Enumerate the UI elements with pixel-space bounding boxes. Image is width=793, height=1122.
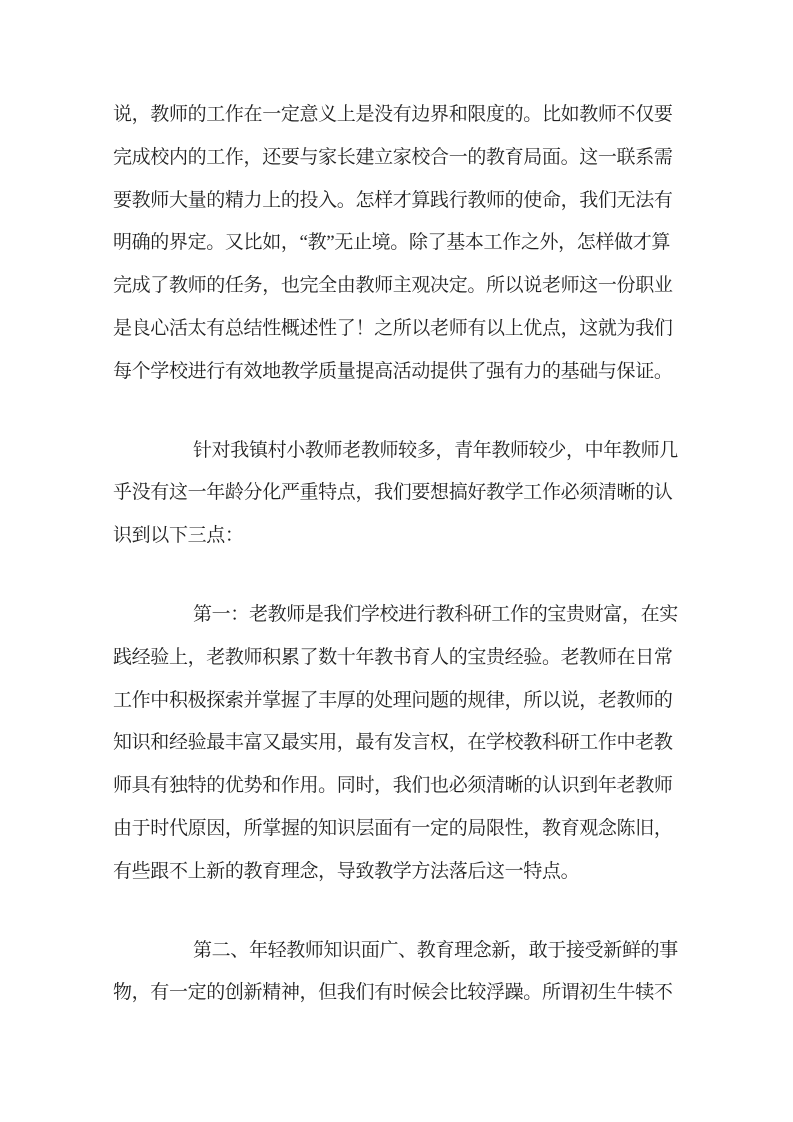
text-line: 完成校内的工作，还要与家长建立家校合一的教育局面。这一联系需	[113, 137, 679, 180]
paragraph: 说，教师的工作在一定意义上是没有边界和限度的。比如教师不仅要 完成校内的工作，还…	[113, 94, 679, 394]
text-line: 要教师大量的精力上的投入。怎样才算践行教师的使命，我们无法有	[113, 180, 679, 223]
text-line: 乎没有这一年龄分化严重特点，我们要想搞好教学工作必须清晰的认	[113, 472, 679, 515]
text-line: 工作中积极探索并掌握了丰厚的处理问题的规律，所以说，老教师的	[113, 680, 679, 723]
text-line: 说，教师的工作在一定意义上是没有边界和限度的。比如教师不仅要	[113, 94, 679, 137]
text-line: 识到以下三点：	[113, 515, 679, 558]
document-text-block: 说，教师的工作在一定意义上是没有边界和限度的。比如教师不仅要 完成校内的工作，还…	[113, 94, 679, 1015]
text-line: 知识和经验最丰富又最实用，最有发言权，在学校教科研工作中老教	[113, 722, 679, 765]
paragraph: 针对我镇村小教师老教师较多，青年教师较少，中年教师几 乎没有这一年龄分化严重特点…	[113, 430, 679, 558]
text-line: 由于时代原因，所掌握的知识层面有一定的局限性，教育观念陈旧，	[113, 808, 679, 851]
text-line: 完成了教师的任务，也完全由教师主观决定。所以说老师这一份职业	[113, 265, 679, 308]
text-line: 师具有独特的优势和作用。同时，我们也必须清晰的认识到年老教师	[113, 765, 679, 808]
document-page: 说，教师的工作在一定意义上是没有边界和限度的。比如教师不仅要 完成校内的工作，还…	[0, 0, 793, 1122]
text-line: 第一：老教师是我们学校进行教科研工作的宝贵财富，在实	[113, 594, 679, 637]
text-line: 明确的界定。又比如，“教”无止境。除了基本工作之外，怎样做才算	[113, 222, 679, 265]
text-line: 有些跟不上新的教育理念，导致教学方法落后这一特点。	[113, 851, 679, 894]
text-line: 每个学校进行有效地教学质量提高活动提供了强有力的基础与保证。	[113, 351, 679, 394]
text-line: 针对我镇村小教师老教师较多，青年教师较少，中年教师几	[113, 430, 679, 473]
paragraph: 第二、年轻教师知识面广、教育理念新，敢于接受新鲜的事 物，有一定的创新精神，但我…	[113, 930, 679, 1016]
text-line: 第二、年轻教师知识面广、教育理念新，敢于接受新鲜的事	[113, 930, 679, 973]
paragraph: 第一：老教师是我们学校进行教科研工作的宝贵财富，在实 践经验上，老教师积累了数十…	[113, 594, 679, 894]
text-line: 物，有一定的创新精神，但我们有时候会比较浮躁。所谓初生牛犊不	[113, 972, 679, 1015]
text-line: 是良心活太有总结性概述性了！之所以老师有以上优点，这就为我们	[113, 308, 679, 351]
text-line: 践经验上，老教师积累了数十年教书育人的宝贵经验。老教师在日常	[113, 637, 679, 680]
